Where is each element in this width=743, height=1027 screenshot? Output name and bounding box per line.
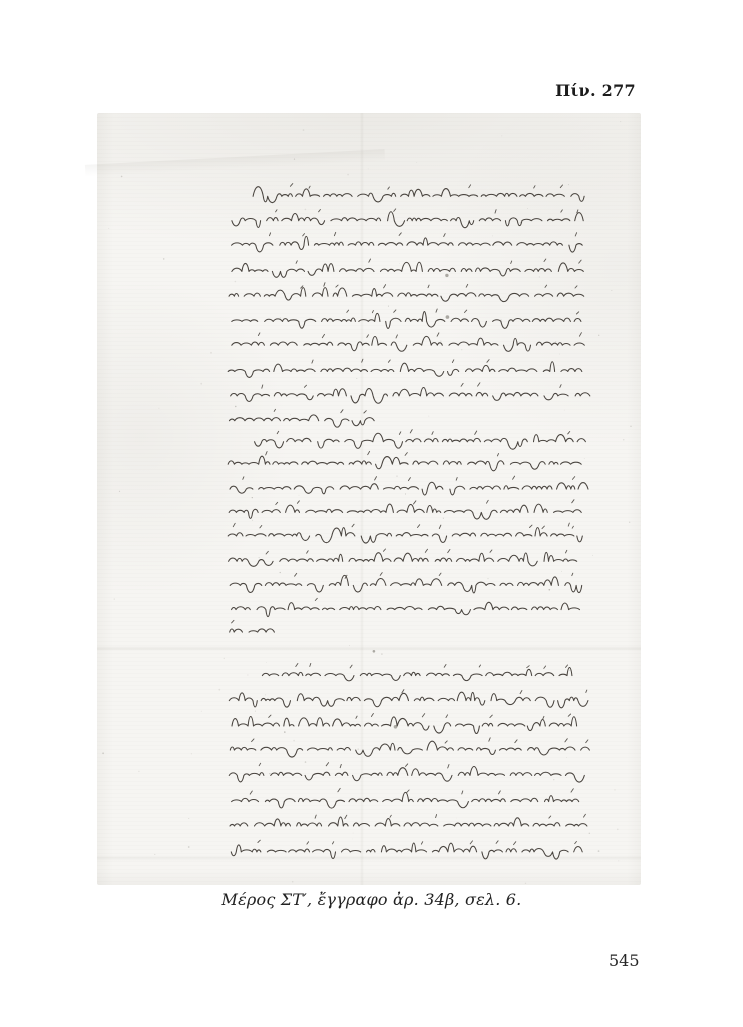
manuscript-handwriting-svg bbox=[97, 113, 641, 885]
plate-caption: Μέρος ΣΤ′, ἔγγραφο ἀρ. 34β, σελ. 6. bbox=[0, 890, 743, 909]
handwriting-accent-marks bbox=[232, 184, 588, 845]
handwriting-strokes bbox=[228, 187, 590, 859]
paper-speckles bbox=[102, 121, 632, 884]
page-number: 545 bbox=[609, 951, 640, 970]
book-page: Πίν. 277 Μέρος ΣΤ′, ἔγγραφο ἀρ. 34β, σελ… bbox=[0, 0, 743, 1027]
plate-label: Πίν. 277 bbox=[555, 81, 636, 100]
scanned-manuscript bbox=[97, 113, 641, 885]
